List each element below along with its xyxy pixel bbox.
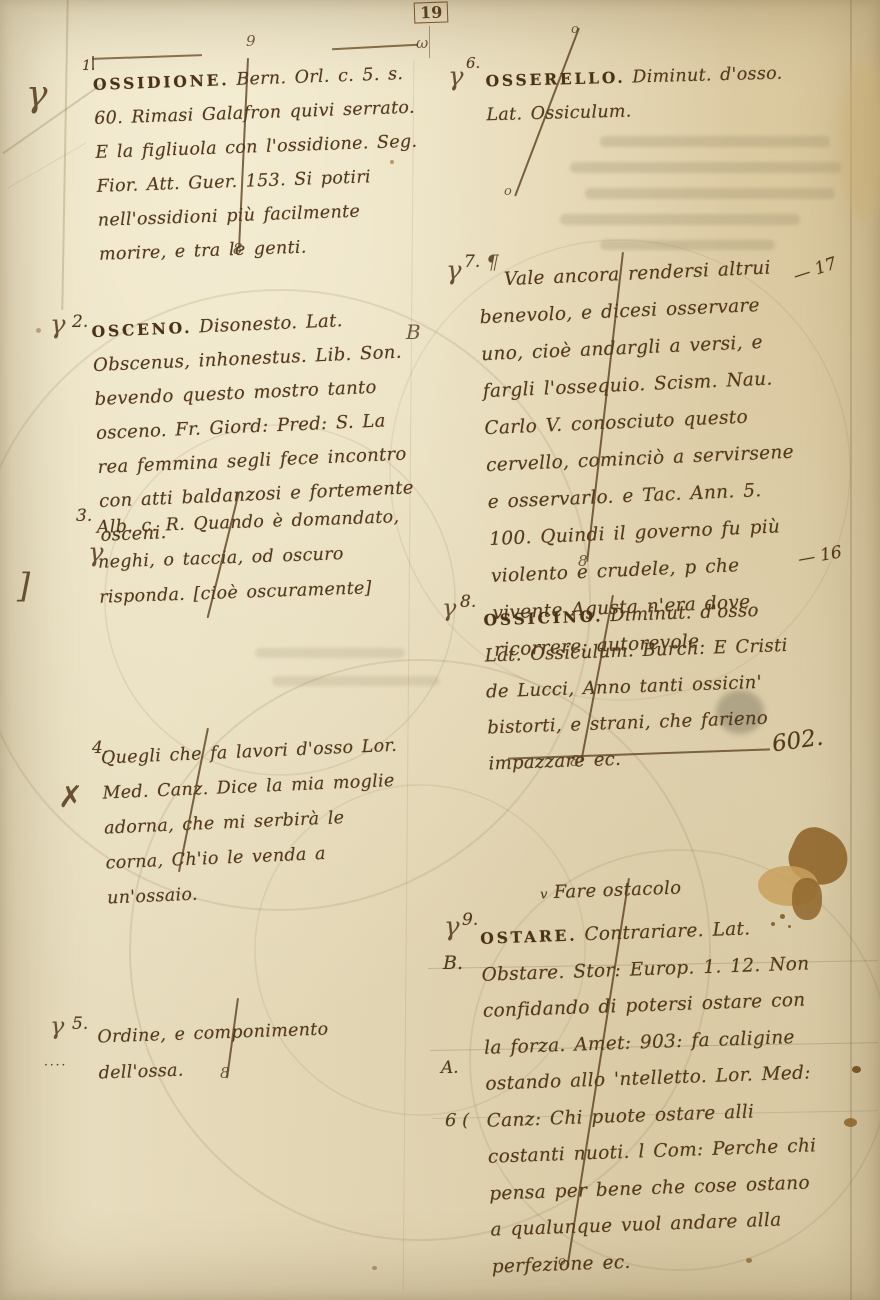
ink-speck	[780, 914, 785, 919]
entry-number: 6.	[466, 54, 480, 72]
pen-squiggle: 8	[570, 752, 580, 770]
entry-alb-quote: Alb. c. R. Quando è domandato, neghi, o …	[96, 499, 429, 615]
margin-dots: ····	[44, 1058, 67, 1072]
ink-speck	[771, 922, 775, 926]
pen-squiggle: o	[571, 22, 579, 37]
ink-speck	[844, 1118, 857, 1127]
show-through-line	[272, 676, 440, 686]
corner-fold-2	[8, 143, 86, 189]
show-through-line	[585, 188, 835, 199]
pen-bracket	[92, 54, 202, 59]
margin-cross: ✗	[58, 780, 83, 815]
entry-number: 8.	[460, 592, 476, 612]
entry-body: Contrariare. Lat. Obstare. Stor: Europ. …	[481, 918, 816, 1277]
entry-headword: OSTARE.	[480, 925, 578, 947]
entry-headword: OSCENO.	[91, 318, 192, 341]
insert-text: Fare ostacolo	[553, 878, 681, 903]
margin-hook: γ	[442, 594, 456, 622]
show-through-line	[255, 648, 405, 658]
entry-number: 5.	[72, 1014, 88, 1034]
entry-body: Alb. c. R. Quando è domandato, neghi, o …	[97, 507, 400, 608]
entry-ossaio: Quegli che fa lavori d'osso Lor. Med. Ca…	[100, 728, 409, 916]
entry-body: Quegli che fa lavori d'osso Lor. Med. Ca…	[101, 736, 398, 909]
entry-headword: OSSIDIONE.	[93, 70, 230, 94]
pen-squiggle: B	[406, 320, 421, 344]
show-through-line	[560, 214, 800, 225]
margin-hook: γ	[50, 1012, 64, 1040]
ink-speck	[746, 1258, 752, 1263]
ink-speck	[788, 925, 791, 928]
ink-speck	[36, 328, 41, 333]
entry-ostare: OSTARE.Contrariare. Lat. Obstare. Stor: …	[480, 909, 823, 1285]
pen-squiggle: o	[504, 184, 512, 199]
pen-squiggle: 8	[233, 240, 243, 258]
ink-stain	[758, 828, 858, 938]
pen-squiggle: 8	[220, 1064, 230, 1082]
entry-number: 3.	[76, 506, 92, 526]
manuscript-page: 19 ω 9 γ 1. OSSIDIONE.Bern. Orl. c. 5. s…	[0, 0, 880, 1300]
show-through-line	[600, 136, 830, 147]
entry-osserello: OSSERELLO.Diminut. d'osso. Lat. Ossiculu…	[485, 56, 817, 133]
margin-bracket: ]	[17, 566, 30, 606]
margin-hook: γ	[444, 912, 460, 942]
entry-body: Bern. Orl. c. 5. s. 60. Rimasi Galafron …	[94, 64, 418, 265]
margin-ref-602: 602.	[770, 725, 824, 758]
pen-line	[332, 44, 418, 50]
page-number: 19	[414, 1, 449, 23]
smudge	[716, 690, 764, 734]
margin-hook: γ	[448, 62, 464, 92]
ink-speck	[372, 1266, 377, 1270]
pen-line	[429, 26, 430, 58]
ink-speck	[390, 160, 394, 164]
margin-mark-a: A.	[441, 1058, 459, 1078]
edge-stain	[842, 58, 880, 223]
corner-fold	[2, 84, 101, 154]
page-number-value: 19	[420, 3, 443, 23]
ink-stain-blob	[792, 878, 822, 920]
interline-insert: vFare ostacolo	[540, 878, 682, 904]
margin-hook: γ	[446, 256, 462, 286]
pen-squiggle: 9	[246, 32, 256, 50]
entry-body: Ordine, e componimento dell'ossa.	[97, 1019, 329, 1083]
pen-squiggle: ω	[416, 34, 428, 52]
show-through-line	[600, 240, 775, 250]
entry-number: 9.	[462, 910, 478, 930]
entry-headword: OSSICINO.	[483, 606, 603, 629]
pen-squiggle: o	[558, 1254, 566, 1269]
margin-hook: γ	[50, 310, 66, 340]
margin-hook: γ	[26, 74, 48, 115]
caret-mark: v	[540, 887, 548, 902]
margin-mark-b: B.	[443, 952, 463, 974]
margin-mark-6: 6 (	[445, 1110, 469, 1131]
entry-ossidione: OSSIDIONE.Bern. Orl. c. 5. s. 60. Rimasi…	[93, 56, 435, 272]
show-through-line	[570, 162, 842, 173]
pen-squiggle: 8	[578, 552, 588, 570]
entry-number: 2.	[72, 312, 88, 332]
ink-speck	[852, 1066, 861, 1073]
